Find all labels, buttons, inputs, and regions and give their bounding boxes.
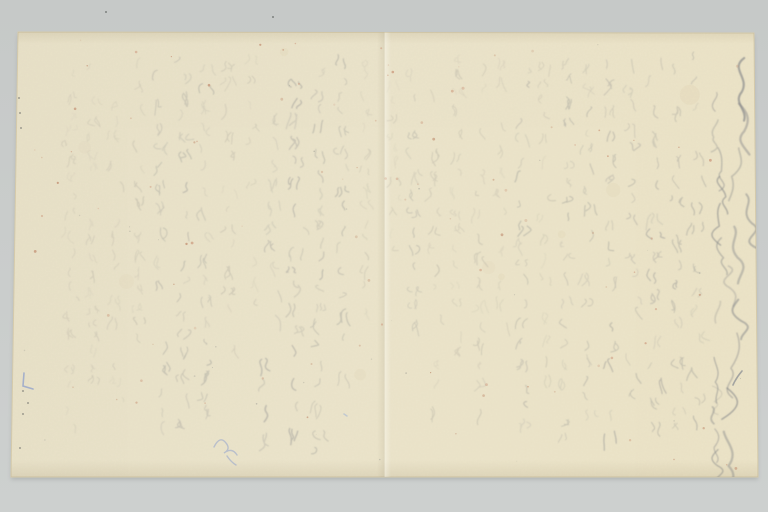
paper-surface <box>11 32 759 495</box>
manuscript-photograph <box>0 0 768 512</box>
center-fold-crease <box>377 32 391 478</box>
scene-svg <box>0 0 768 512</box>
